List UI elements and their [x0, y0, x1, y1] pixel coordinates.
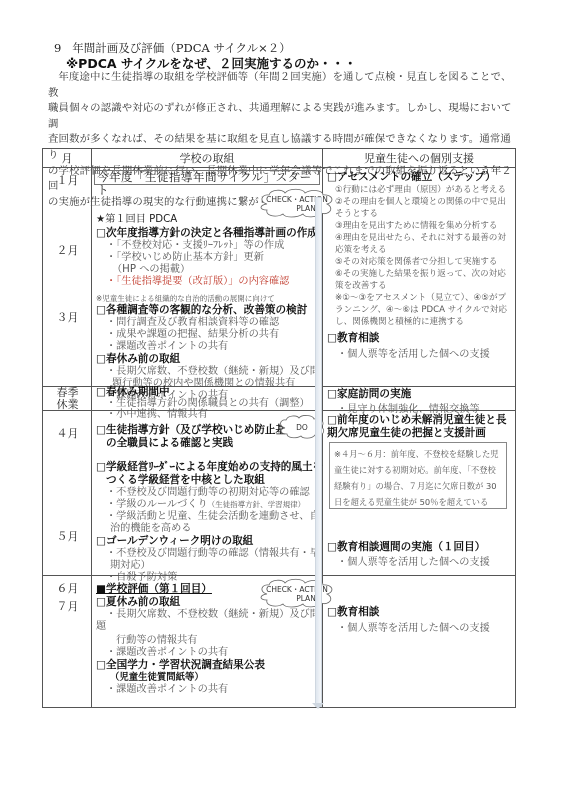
list-item: ・長期欠席数、不登校数（継続・新規）及び問 — [106, 609, 320, 621]
header-school: 学校の取組 — [92, 149, 323, 168]
intro-line: 年度途中に生徒指導の取組を学校評価等（年間２回実施）を通して点検・見直しを図るこ… — [48, 70, 518, 101]
list-item: 行動等の情報共有 — [116, 635, 198, 647]
assess-step: ⑥その実施した結果を振り返って、次の対応 — [335, 268, 506, 280]
note-line: 童生徒に対する初期対応。前年度、「不登校 — [334, 462, 502, 478]
list-item: 題 — [96, 621, 106, 633]
consult-week-title: □教育相談週間の実施（１回目） — [327, 541, 485, 553]
home-visit-title: □家庭訪問の実施 — [327, 388, 411, 400]
block-title: □各種調査等の客観的な分析、改善策の検討 — [96, 304, 307, 316]
month-cell-spring-break: 春季 休業 — [43, 387, 92, 411]
month-feb: ２月 — [43, 242, 92, 258]
month-cell-jan-mar: １月 ２月 ３月 — [43, 168, 92, 387]
school-eval-title: ■学校評価（第１回目） — [96, 583, 212, 595]
month-cell-jun-jul: ６月 ７月 — [43, 576, 92, 708]
month-spring-2: 休業 — [43, 399, 92, 411]
list-item: ・課題改善ポイントの共有 — [106, 684, 228, 696]
support-cell-spring-break: □家庭訪問の実施 ・見守り体制強化、情報交換等 — [323, 387, 516, 411]
table-row-jan-mar: １月 ２月 ３月 今年度「生徒指導年間サイクル」スタート ★第１回目 PDCA … — [43, 168, 516, 387]
list-item-highlight: ・「生徒指導提要（改訂版）」の内容確認 — [106, 276, 289, 288]
month-jan: １月 — [43, 172, 92, 188]
consult-week-item: ・個人票等を活用した個への支援 — [337, 557, 490, 569]
list-item: （HP への掲載） — [112, 264, 190, 276]
header-month: 月 — [43, 149, 92, 168]
block-title-cont: つくる学級経営を中核とした取組 — [106, 474, 265, 486]
list-item-note: （生徒指導方針、学習規律） — [208, 500, 306, 509]
consult-title: □教育相談 — [327, 606, 379, 618]
header-support: 児童生徒への個別支援 — [323, 149, 516, 168]
assess-step: ⑤その対応策を関係者で分担して実施する — [335, 256, 497, 268]
assess-note: ※①～③をアセスメント（見立て）、④⑤がプ — [335, 292, 506, 304]
consult-item: ・個人票等を活用した個への支援 — [337, 349, 490, 361]
block-title: □春休み期間中 — [96, 386, 170, 398]
table-row-spring-break: 春季 休業 □春休み期間中 ・生徒指導方針の関係職員との共有（調整） ・小中連携… — [43, 387, 516, 411]
table-row-jun-jul: ６月 ７月 ■学校評価（第１回目） □夏休み前の取組 ・長期欠席数、不登校数（継… — [43, 576, 516, 708]
block-title: □学級経営ﾘｰﾀﾞｰによる年度始めの支持的風土を — [96, 461, 323, 473]
month-cell-apr-may: ４月 ５月 — [43, 411, 92, 576]
month-may: ５月 — [43, 528, 92, 544]
list-item: ・「学校いじめ防止基本方針」更新 — [106, 252, 264, 264]
assess-step: 応策を考える — [335, 244, 387, 256]
block-title: □春休み前の取組 — [96, 353, 180, 365]
block-title-cont: の全職員による確認と実践 — [106, 437, 233, 449]
intro-line: 職員個々の認識や対応のずれが修正され、共通理解による実践が進みます。しかし、現場… — [48, 101, 518, 132]
section-title-text: 年間計画及び評価（PDCA サイクル×２） — [72, 41, 290, 55]
school-cell-spring-break: □春休み期間中 ・生徒指導方針の関係職員との共有（調整） ・小中連携、情報共有 — [92, 387, 323, 411]
assess-step: 策を改善する — [335, 280, 387, 292]
table-row-apr-may: ４月 ５月 □生徒指導方針（及び学校いじめ防止基本方針） の全職員による確認と実… — [43, 411, 516, 576]
list-item: 治的機能を高める — [110, 523, 192, 535]
assessment-title: □アセスメントの確立（ステップ） — [327, 171, 496, 183]
assess-step: ④理由を見出せたら、それに対する最善の対 — [335, 232, 506, 244]
list-item: ・課題改善ポイントの共有 — [106, 341, 228, 353]
support-cell-jan-mar: □アセスメントの確立（ステップ） ①行動には必ず理由（原因）があると考える ②そ… — [323, 168, 516, 387]
assess-step: ②その理由を個人と環境との関係の中で見出 — [335, 196, 506, 208]
list-item: ・学級のルールづくり（生徒指導方針、学習規律） — [106, 499, 305, 511]
month-apr: ４月 — [43, 425, 92, 441]
assess-step: ③理由を見出すために情報を集め分析する — [335, 220, 497, 232]
section-number: 9 — [54, 41, 61, 55]
assess-step: ①行動には必ず理由（原因）があると考える — [335, 184, 506, 196]
list-item: ・問行調査及び教育相談資料等の確認 — [106, 317, 279, 329]
annual-plan-table: 月 学校の取組 児童生徒への個別支援 １月 ２月 ３月 今年度「生徒指導年間サイ… — [42, 148, 516, 708]
support-cell-apr-may: □前年度のいじめ未解消児童生徒と長 期欠席児童生徒の把握と支援計画 ※４月～６月… — [323, 411, 516, 576]
timeline-arrow-bar — [315, 197, 322, 707]
home-visit-item: ・見守り体制強化、情報交換等 — [337, 404, 480, 416]
school-cell-apr-may: □生徒指導方針（及び学校いじめ防止基本方針） の全職員による確認と実践 □学級経… — [92, 411, 323, 576]
school-cell-jun-jul: ■学校評価（第１回目） □夏休み前の取組 ・長期欠席数、不登校数（継続・新規）及… — [92, 576, 323, 708]
consult-title: □教育相談 — [327, 332, 379, 344]
block-subtitle: （児童生徒質問紙等） — [110, 672, 204, 684]
assess-note: し、関係機関と積極的に連携する — [335, 316, 464, 328]
block-title: □次年度指導方針の決定と各種指導計画の作成 — [96, 227, 318, 239]
down-arrow-icon — [312, 703, 324, 709]
list-item: ・学級活動と児童、生徒会活動を連動させ、自 — [106, 511, 320, 523]
cycle-start-banner: 今年度「生徒指導年間サイクル」スタート — [94, 170, 320, 185]
note-line: 経験有り」の場合、７月迄に欠席日数が 30 — [334, 478, 502, 494]
list-item: ・成果や課題の把握、結果分析の共有 — [106, 329, 279, 341]
list-item: ・課題改善ポイントの共有 — [106, 647, 228, 659]
note-line: 日を超える児童生徒が 50％を超えている — [334, 494, 502, 510]
list-item: ・「不登校対応・支援ﾘｰﾌﾚｯﾄ」等の作成 — [106, 240, 284, 252]
block-title: □全国学力・学習状況調査結果公表 — [96, 659, 265, 671]
month-jul: ７月 — [43, 598, 92, 614]
list-item: ・長期欠席数、不登校数（継続・新規）及び問 — [106, 366, 320, 378]
month-mar: ３月 — [43, 309, 92, 325]
list-item-text: ・学級のルールづくり — [106, 499, 208, 510]
list-item: ・不登校及び問題行動等の初期対応等の確認 — [106, 487, 310, 499]
block-title: □夏休み前の取組 — [96, 596, 180, 608]
pdca-first-label: ★第１回目 PDCA — [96, 214, 177, 226]
prev-year-title-cont: 期欠席児童生徒の把握と支援計画 — [327, 427, 486, 439]
list-item: ・不登校及び問題行動等の確認（情報共有・早 — [106, 548, 320, 560]
assess-step: そうとする — [335, 208, 378, 220]
school-cell-jan-mar: 今年度「生徒指導年間サイクル」スタート ★第１回目 PDCA □次年度指導方針の… — [92, 168, 323, 387]
consult-item: ・個人票等を活用した個への支援 — [337, 623, 490, 635]
list-item: 期対応） — [110, 560, 151, 572]
month-jun: ６月 — [43, 580, 92, 596]
criteria-note-box: ※４月～６月：前年度、不登校を経験した児 童生徒に対する初期対応。前年度、「不登… — [329, 442, 507, 509]
list-item: ・小中連携、情報共有 — [106, 409, 208, 421]
assess-note: ランニング、④～⑥は PDCA サイクルで対応 — [335, 304, 507, 316]
support-cell-jun-jul: □教育相談 ・個人票等を活用した個への支援 — [323, 576, 516, 708]
block-title: □ゴールデンウィーク明けの取組 — [96, 535, 253, 547]
note-line: ※４月～６月：前年度、不登校を経験した児 — [334, 446, 502, 462]
table-header-row: 月 学校の取組 児童生徒への個別支援 — [43, 149, 516, 168]
